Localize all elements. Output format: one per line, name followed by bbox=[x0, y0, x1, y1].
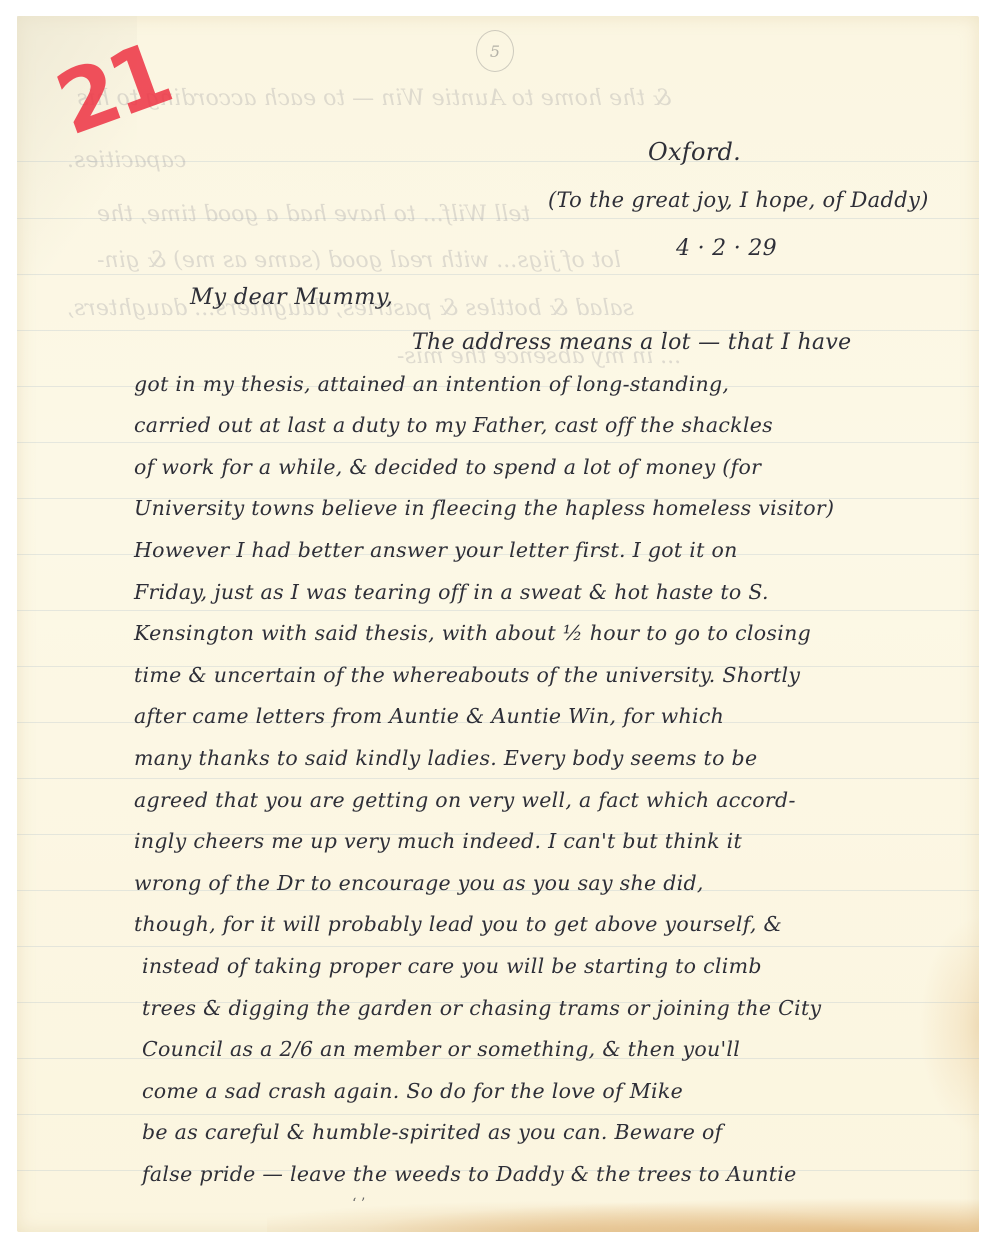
letter-line: University towns believe in fleecing the… bbox=[134, 496, 834, 520]
letter-line: ingly cheers me up very much indeed. I c… bbox=[134, 829, 742, 853]
ruled-line bbox=[17, 610, 979, 611]
letter-line: Council as a 2/6 an member or something,… bbox=[142, 1037, 740, 1061]
letter-line: wrong of the Dr to encourage you as you … bbox=[134, 871, 704, 895]
bleed-through-text: lot of jigs... with real good (same as m… bbox=[97, 248, 621, 273]
ruled-line bbox=[17, 778, 979, 779]
letter-line: instead of taking proper care you will b… bbox=[142, 954, 762, 978]
letter-line: trees & digging the garden or chasing tr… bbox=[142, 996, 821, 1020]
letter-date: 4 · 2 · 29 bbox=[676, 236, 777, 261]
letter-line: Kensington with said thesis, with about … bbox=[134, 621, 811, 645]
letter-place: Oxford. bbox=[648, 138, 741, 166]
ruled-line bbox=[17, 274, 979, 275]
letter-line: Friday, just as I was tearing off in a s… bbox=[134, 580, 769, 604]
letter-line: time & uncertain of the whereabouts of t… bbox=[134, 663, 800, 687]
letter-line: though, for it will probably lead you to… bbox=[134, 912, 782, 936]
letter-line: carried out at last a duty to my Father,… bbox=[134, 413, 773, 437]
letter-line: of work for a while, & decided to spend … bbox=[134, 455, 761, 479]
bleed-through-text: tell Wilf... to have had a good time, th… bbox=[97, 202, 530, 227]
letter-line: false pride — leave the weeds to Daddy &… bbox=[142, 1162, 797, 1186]
letter-line: got in my thesis, attained an intention … bbox=[134, 372, 729, 396]
ruled-line bbox=[17, 442, 979, 443]
circled-page-number: 5 bbox=[476, 30, 514, 72]
letter-line: many thanks to said kindly ladies. Every… bbox=[134, 746, 757, 770]
letter-line: The address means a lot — that I have bbox=[412, 330, 851, 355]
trailing-marks: ‘ ’ bbox=[352, 1196, 365, 1212]
letter-line: come a sad crash again. So do for the lo… bbox=[142, 1079, 683, 1103]
letter-line: However I had better answer your letter … bbox=[134, 538, 738, 562]
ruled-line bbox=[17, 1114, 979, 1115]
letter-header-note: (To the great joy, I hope, of Daddy) bbox=[548, 188, 929, 212]
letter-line: be as careful & humble-spirited as you c… bbox=[142, 1120, 723, 1144]
letter-line: agreed that you are getting on very well… bbox=[134, 788, 796, 812]
letter-salutation: My dear Mummy, bbox=[190, 284, 393, 310]
letter-line: after came letters from Auntie & Auntie … bbox=[134, 704, 724, 728]
water-stain-bottom bbox=[267, 1192, 979, 1232]
water-stain-right bbox=[919, 916, 979, 1136]
ruled-line bbox=[17, 946, 979, 947]
